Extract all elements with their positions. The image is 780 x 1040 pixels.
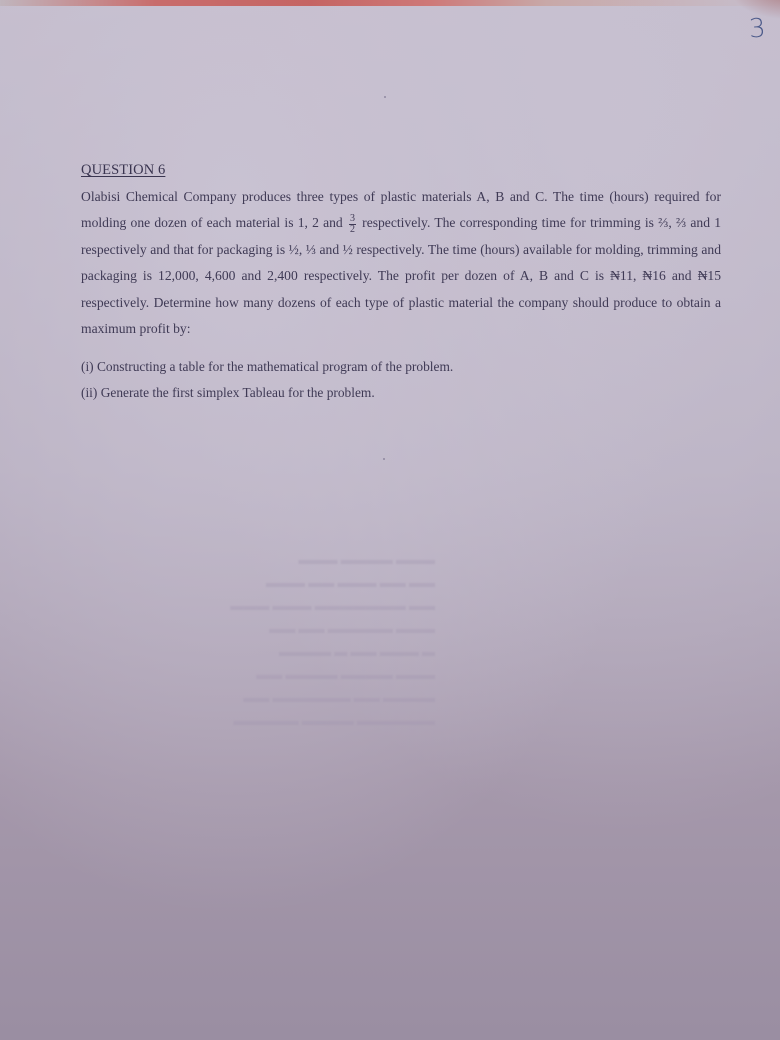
handwritten-page-number: 3 [748,13,767,44]
question-parts: (i) Constructing a table for the mathema… [81,354,721,406]
question-title: QUESTION 6 [81,162,721,179]
question-block: QUESTION 6 Olabisi Chemical Company prod… [81,162,721,406]
question-part-ii: (ii) Generate the first simplex Tableau … [81,380,721,406]
fraction-three-halves: 32 [349,214,356,235]
page-top-edge [0,0,780,6]
paper-speck [384,96,386,98]
question-part-i: (i) Constructing a table for the mathema… [81,354,721,380]
show-through-text: ▬▬▬ ▬▬▬▬ ▬▬▬ ▬▬ ▬▬ ▬▬▬ ▬▬ ▬▬▬ ▬▬ ▬▬▬▬▬▬▬… [175,548,435,732]
question-text-part-2: respectively. The corresponding time for… [81,215,721,336]
paper-speck [383,458,385,460]
question-body: Olabisi Chemical Company produces three … [81,184,721,342]
